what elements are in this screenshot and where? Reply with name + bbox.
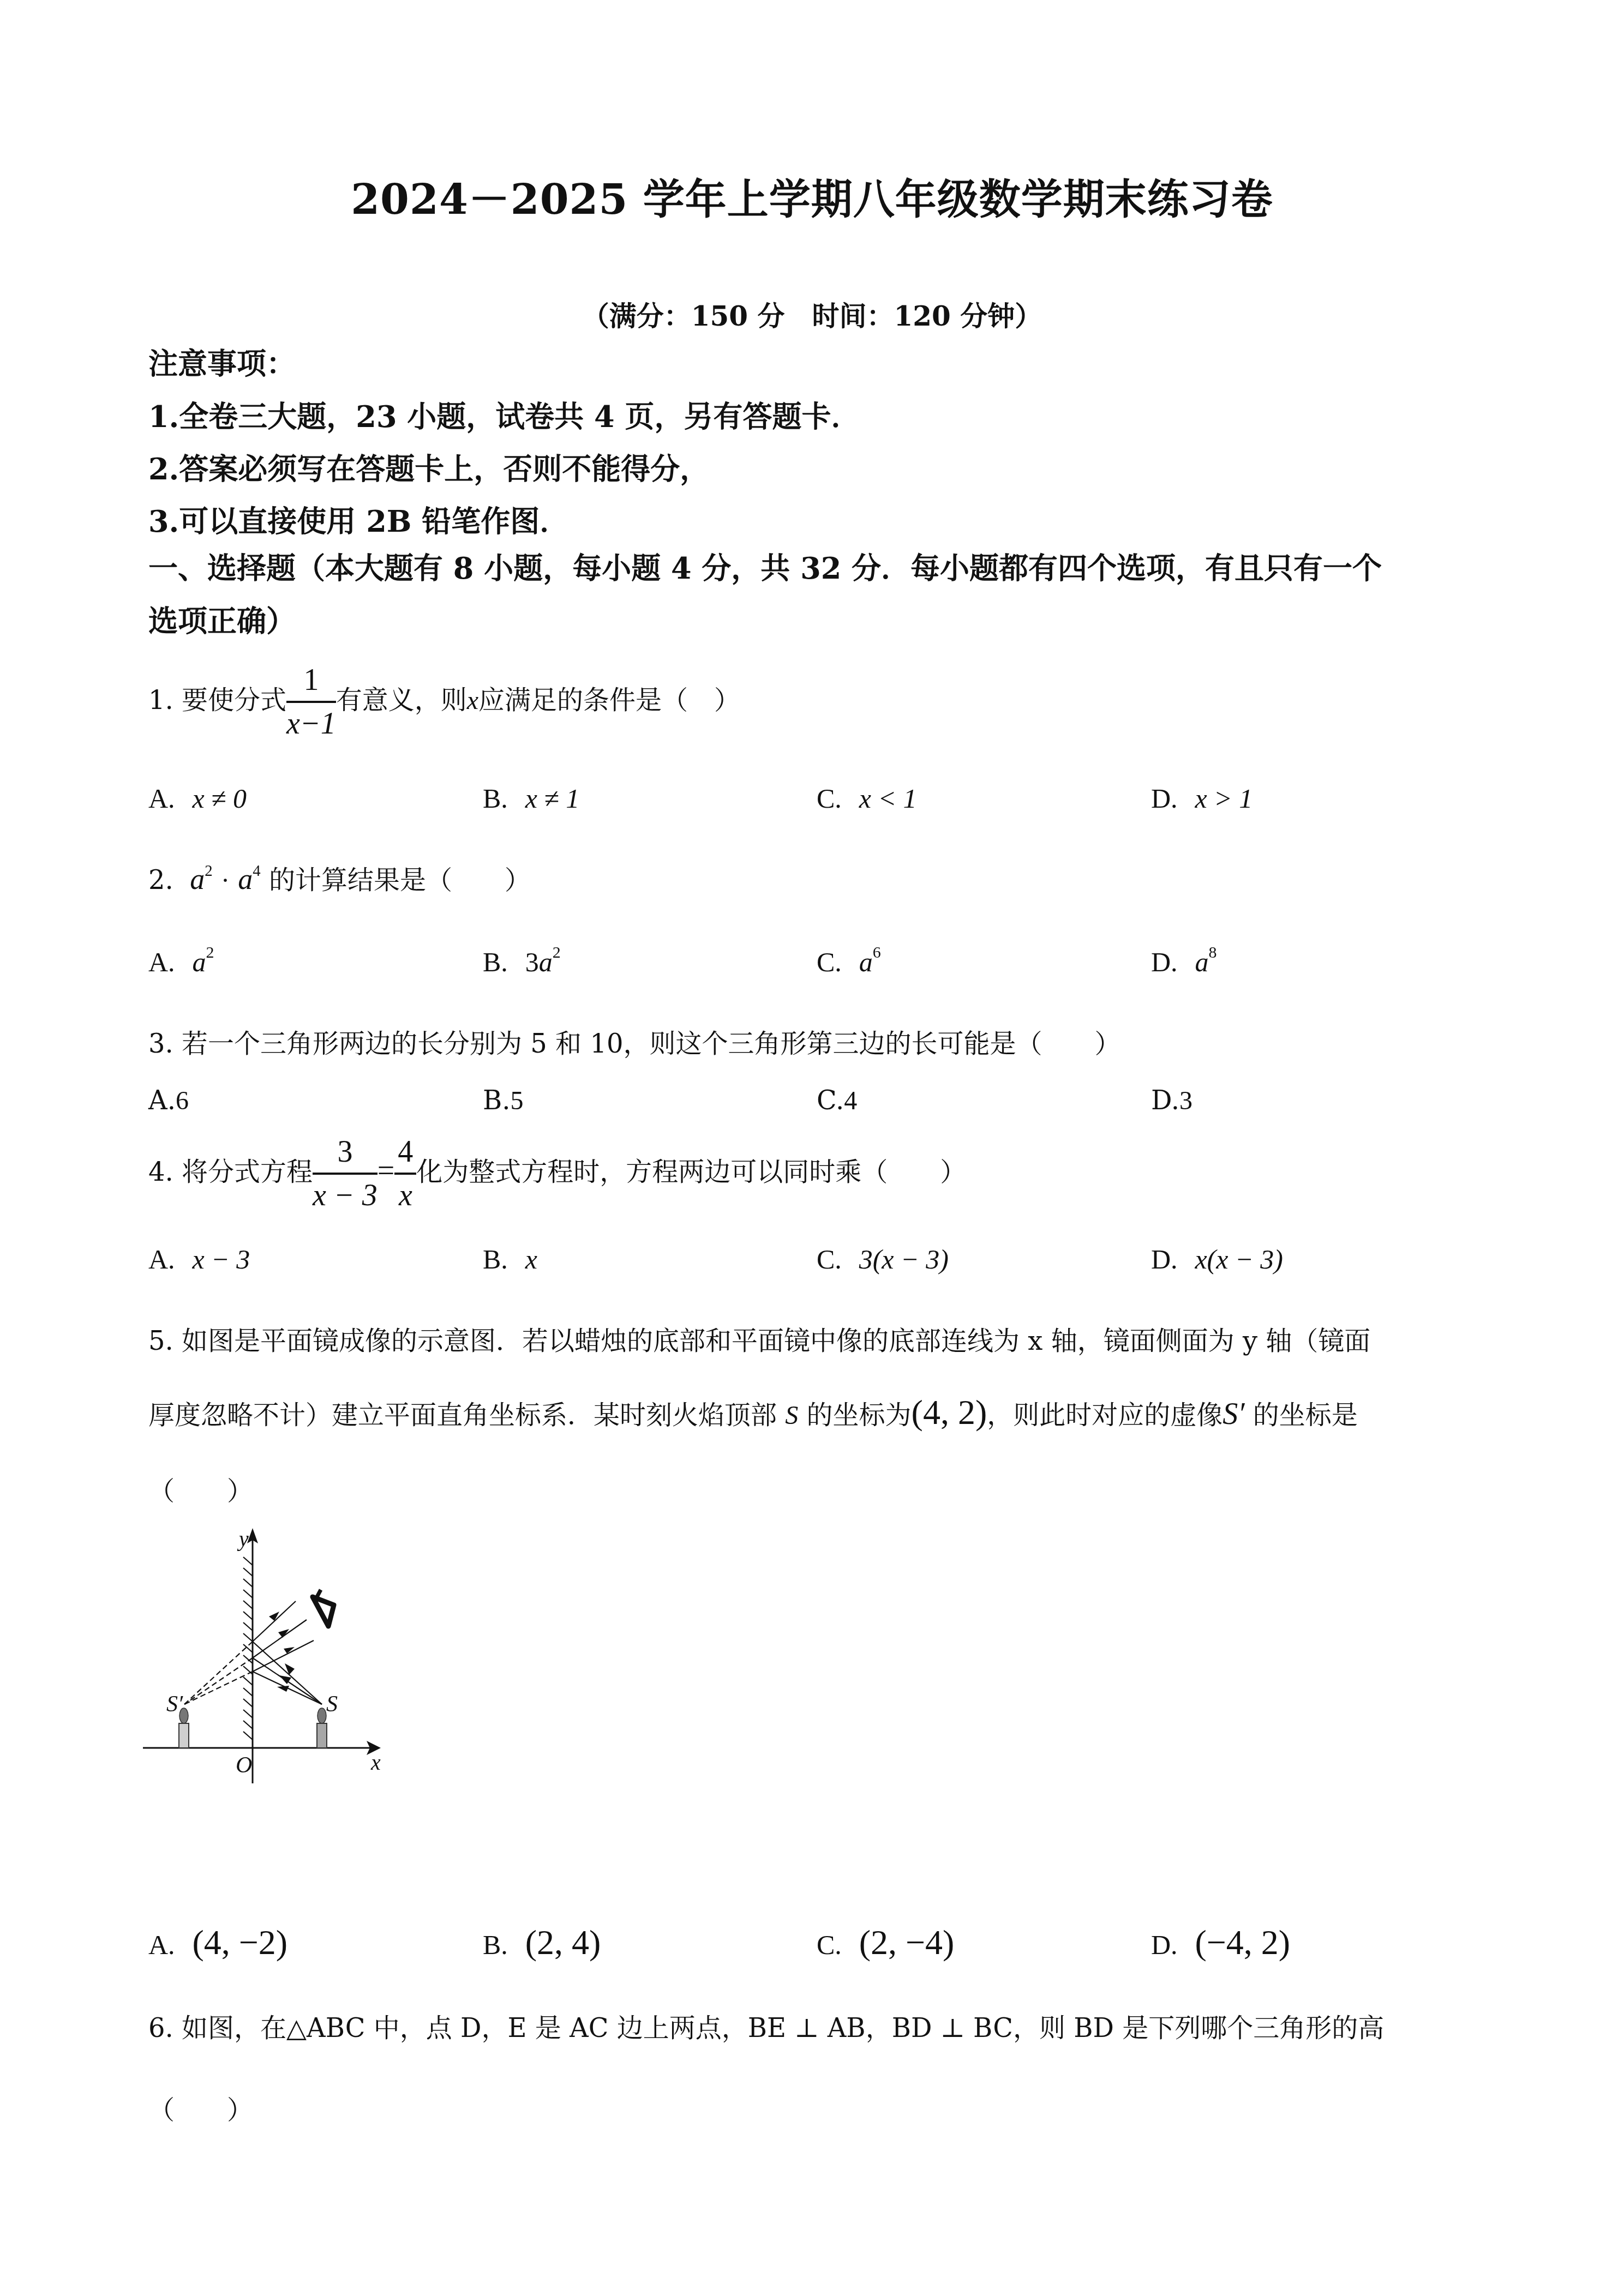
option-c[interactable]: C. x < 1	[817, 783, 917, 814]
option-value: x ≠ 0	[192, 783, 247, 814]
option-b[interactable]: B. 3a2	[483, 946, 561, 978]
option-label: D.	[1151, 1930, 1178, 1960]
exponent: 2	[205, 862, 212, 880]
option-label: C.	[817, 783, 842, 814]
base: a	[1195, 947, 1208, 977]
multiply-dot: ·	[221, 866, 230, 895]
exponent: 8	[1208, 943, 1216, 961]
question-6: 6. 如图，在△ABC 中，点 D，E 是 AC 边上两点，BE ⊥ AB，BD…	[148, 2007, 1384, 2045]
numerator: 4	[394, 1134, 416, 1175]
option-label: B.	[483, 1085, 511, 1116]
note-item: 2.答案必须写在答题卡上，否则不能得分，	[148, 446, 709, 488]
origin-label: O	[236, 1753, 252, 1778]
option-label: D.	[1151, 1244, 1178, 1275]
option-label: D.	[1151, 1085, 1179, 1116]
option-value: (−4, 2)	[1195, 1923, 1290, 1962]
option-c[interactable]: C. (2, −4)	[817, 1922, 954, 1963]
question-text: 化为整式方程时，方程两边可以同时乘（ ）	[416, 1157, 966, 1187]
question-1: 1. 要使分式1x−1有意义，则x应满足的条件是（ ）	[148, 663, 740, 741]
option-label: A.	[148, 1085, 176, 1116]
denominator: x − 3	[313, 1175, 377, 1213]
candle-real	[317, 1708, 327, 1748]
option-b[interactable]: B.5	[483, 1085, 524, 1116]
reflected-rays	[253, 1601, 314, 1672]
page-title: 2024－2025 学年上学期八年级数学期末练习卷	[0, 166, 1624, 226]
equals-sign: =	[377, 1154, 395, 1188]
question-text: 的计算结果是（ ）	[269, 865, 531, 895]
question-number: 1.	[148, 685, 173, 716]
question-number: 3.	[148, 1029, 173, 1059]
numerator: 1	[286, 663, 336, 703]
coefficient: 3	[525, 947, 539, 977]
question-3: 3. 若一个三角形两边的长分别为 5 和 10，则这个三角形第三边的长可能是（ …	[148, 1023, 1120, 1060]
section-heading-cont: 选项正确）	[148, 598, 296, 640]
question-text: 有意义，则	[336, 685, 467, 716]
exponent: 4	[253, 862, 260, 880]
option-label: D.	[1151, 783, 1178, 814]
option-value: x(x − 3)	[1195, 1244, 1283, 1275]
exponent: 2	[206, 943, 214, 961]
option-value: x ≠ 1	[525, 783, 580, 814]
coordinate: (4, 2)	[912, 1393, 987, 1432]
question-number: 2.	[148, 865, 173, 895]
option-value: 4	[844, 1086, 857, 1115]
section-heading: 一、选择题（本大题有 8 小题，每小题 4 分，共 32 分．每小题都有四个选项…	[148, 545, 1382, 587]
question-text: 的坐标是	[1253, 1400, 1358, 1431]
note-item: 1.全卷三大题，23 小题，试卷共 4 页，另有答题卡．	[148, 394, 861, 436]
option-label: C.	[817, 1244, 842, 1275]
option-label: B.	[483, 1930, 508, 1960]
question-number: 6.	[148, 2013, 173, 2043]
denominator: x	[394, 1175, 416, 1213]
option-label: A.	[148, 1244, 175, 1275]
option-label: D.	[1151, 947, 1178, 977]
option-b[interactable]: B. (2, 4)	[483, 1922, 601, 1963]
options-row: A. x ≠ 0 B. x ≠ 1 C. x < 1 D. x > 1	[0, 783, 1624, 826]
option-d[interactable]: D. a8	[1151, 946, 1216, 978]
variable: x	[467, 686, 478, 715]
question-text: 厚度忽略不计）建立平面直角坐标系．某时刻火焰顶部	[148, 1400, 777, 1431]
option-value: 5	[511, 1086, 524, 1115]
option-value: (2, −4)	[859, 1923, 955, 1962]
option-a[interactable]: A. x − 3	[148, 1243, 250, 1275]
fraction-rhs: 4x	[394, 1134, 416, 1213]
question-4: 4. 将分式方程3x − 3=4x化为整式方程时，方程两边可以同时乘（ ）	[148, 1134, 966, 1213]
option-a[interactable]: A. x ≠ 0	[148, 783, 247, 814]
option-d[interactable]: D. x > 1	[1151, 783, 1253, 814]
option-value: 3	[1179, 1086, 1192, 1115]
exponent: 2	[553, 943, 561, 961]
option-label: B.	[483, 947, 508, 977]
notes-heading: 注意事项：	[148, 341, 296, 383]
denominator: x−1	[286, 703, 336, 741]
question-text: 如图，在△ABC 中，点 D，E 是 AC 边上两点，BE ⊥ AB，BD ⊥ …	[182, 2013, 1384, 2043]
question-text: 应满足的条件是（ ）	[478, 685, 740, 716]
y-axis-label: y	[237, 1526, 249, 1551]
option-value: x > 1	[1195, 783, 1253, 814]
question-text: 若一个三角形两边的长分别为 5 和 10，则这个三角形第三边的长可能是（ ）	[182, 1029, 1120, 1059]
base: a	[192, 947, 206, 977]
option-d[interactable]: D.3	[1151, 1085, 1192, 1116]
point-s-prime: S′	[1223, 1397, 1244, 1431]
point-s: S	[785, 1401, 798, 1430]
option-a[interactable]: A. (4, −2)	[148, 1922, 287, 1963]
option-d[interactable]: D. (−4, 2)	[1151, 1922, 1290, 1963]
option-label: C.	[817, 947, 842, 977]
base: a	[238, 863, 253, 895]
base: a	[539, 947, 553, 977]
option-value: (2, 4)	[525, 1923, 601, 1962]
question-5-line2: 厚度忽略不计）建立平面直角坐标系．某时刻火焰顶部 S 的坐标为(4, 2)，则此…	[148, 1392, 1358, 1433]
question-text: 要使分式	[182, 685, 286, 716]
options-row: A. (4, −2) B. (2, 4) C. (2, −4) D. (−4, …	[0, 1922, 1624, 1966]
option-c[interactable]: C. 3(x − 3)	[817, 1243, 949, 1275]
options-row: A.6 B.5 C.4 D.3	[0, 1085, 1624, 1129]
option-label: B.	[483, 1244, 508, 1275]
option-a[interactable]: A. a2	[148, 946, 214, 978]
option-value: x − 3	[192, 1244, 250, 1275]
option-label: A.	[148, 947, 175, 977]
option-label: A.	[148, 1930, 175, 1960]
virtual-rays	[184, 1642, 253, 1704]
option-label: C.	[817, 1930, 842, 1960]
option-label: A.	[148, 783, 175, 814]
note-item: 3.可以直接使用 2B 铅笔作图．	[148, 498, 569, 540]
exam-info: （满分：150 分 时间：120 分钟）	[0, 294, 1624, 334]
answer-blank: （ ）	[148, 1470, 253, 1507]
option-label: C.	[817, 1085, 844, 1116]
image-label: S′	[166, 1692, 183, 1717]
option-value: 3(x − 3)	[859, 1244, 949, 1275]
option-value: x	[525, 1244, 537, 1275]
x-axis-label: x	[370, 1750, 381, 1775]
question-2: 2. a2 · a4 的计算结果是（ ）	[148, 859, 531, 897]
option-a[interactable]: A.6	[148, 1085, 189, 1116]
source-label: S	[326, 1692, 338, 1717]
option-value: (4, −2)	[192, 1923, 287, 1962]
question-text: ，则此时对应的虚像	[987, 1400, 1223, 1431]
numerator: 3	[313, 1134, 377, 1175]
question-number: 5.	[148, 1326, 173, 1356]
eye-icon	[313, 1590, 334, 1626]
option-d[interactable]: D. x(x − 3)	[1151, 1243, 1283, 1275]
options-row: A. a2 B. 3a2 C. a6 D. a8	[0, 946, 1624, 990]
option-c[interactable]: C.4	[817, 1085, 857, 1116]
mirror-diagram: y x O S S′	[136, 1516, 627, 1909]
question-number: 4.	[148, 1157, 173, 1187]
option-label: B.	[483, 783, 508, 814]
question-5: 5. 如图是平面镜成像的示意图．若以蜡烛的底部和平面镜中像的底部连线为 x 轴，…	[148, 1320, 1370, 1357]
options-row: A. x − 3 B. x C. 3(x − 3) D. x(x − 3)	[0, 1243, 1624, 1287]
answer-blank: （ ）	[148, 2089, 253, 2126]
fraction-lhs: 3x − 3	[313, 1134, 377, 1213]
base: a	[190, 863, 205, 895]
option-value: 6	[176, 1086, 189, 1115]
option-c[interactable]: C. a6	[817, 946, 881, 978]
question-text: 将分式方程	[182, 1157, 313, 1187]
option-b[interactable]: B. x	[483, 1243, 537, 1275]
option-value: x < 1	[859, 783, 917, 814]
question-text: 的坐标为	[807, 1400, 912, 1431]
fraction: 1x−1	[286, 663, 336, 741]
base: a	[859, 947, 873, 977]
question-text: 如图是平面镜成像的示意图．若以蜡烛的底部和平面镜中像的底部连线为 x 轴，镜面侧…	[182, 1326, 1370, 1356]
exponent: 6	[873, 943, 881, 961]
option-b[interactable]: B. x ≠ 1	[483, 783, 579, 814]
